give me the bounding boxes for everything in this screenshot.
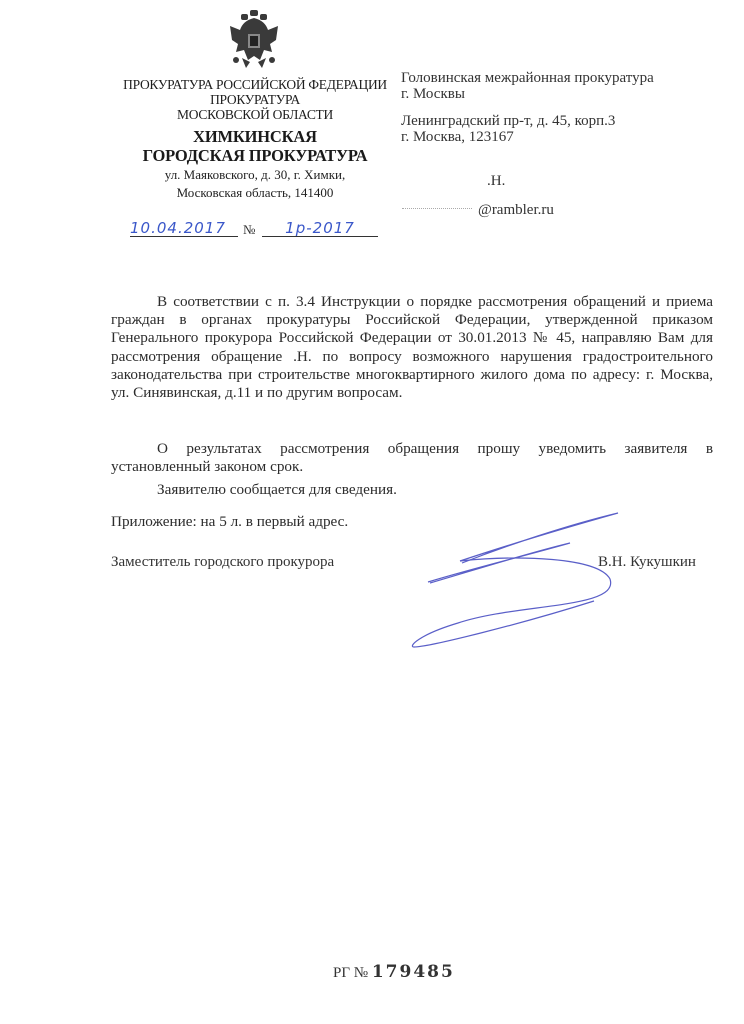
header-title-1: ХИМКИНСКАЯ <box>118 127 392 146</box>
body-paragraph-1: В соответствии с п. 3.4 Инструкции о пор… <box>111 293 713 402</box>
recipient-address-1: Ленинградский пр-т, д. 45, корп.3 <box>401 113 615 129</box>
signatory-position: Заместитель городского прокурора <box>111 554 334 571</box>
body-paragraph-2: О результатах рассмотрения обращения про… <box>111 440 713 476</box>
recipient-org-2: г. Москвы <box>401 86 465 102</box>
header-line-3: МОСКОВСКОЙ ОБЛАСТИ <box>118 107 392 122</box>
header-address-1: ул. Маяковского, д. 30, г. Химки, <box>118 165 392 185</box>
body-paragraph-3: Заявителю сообщается для сведения. <box>111 481 713 499</box>
registration-number: РГ № 179485 <box>333 962 455 982</box>
header-address-2: Московская область, 141400 <box>118 183 392 203</box>
number-field: 1р-2017 <box>262 219 378 237</box>
handwritten-signature-icon <box>398 505 628 655</box>
recipient-address-2: г. Москва, 123167 <box>401 129 514 145</box>
recipient-email: @rambler.ru <box>478 202 554 218</box>
registration-value: 179485 <box>372 962 455 982</box>
date-field: 10.04.2017 <box>130 219 238 237</box>
recipient-person: .Н. <box>487 173 505 189</box>
handwritten-number: 1р-2017 <box>285 219 355 237</box>
handwritten-date: 10.04.2017 <box>130 219 226 237</box>
coat-of-arms-icon <box>226 10 282 72</box>
recipient-org-1: Головинская межрайонная прокуратура <box>401 70 654 86</box>
registration-label: РГ № <box>333 965 368 981</box>
redacted-email-prefix <box>402 208 472 209</box>
header-line-2: ПРОКУРАТУРА <box>118 92 392 107</box>
header-title-2: ГОРОДСКАЯ ПРОКУРАТУРА <box>118 146 392 165</box>
header-line-1: ПРОКУРАТУРА РОССИЙСКОЙ ФЕДЕРАЦИИ <box>118 77 392 92</box>
signatory-name: В.Н. Кукушкин <box>598 554 696 571</box>
number-label: № <box>243 222 255 238</box>
